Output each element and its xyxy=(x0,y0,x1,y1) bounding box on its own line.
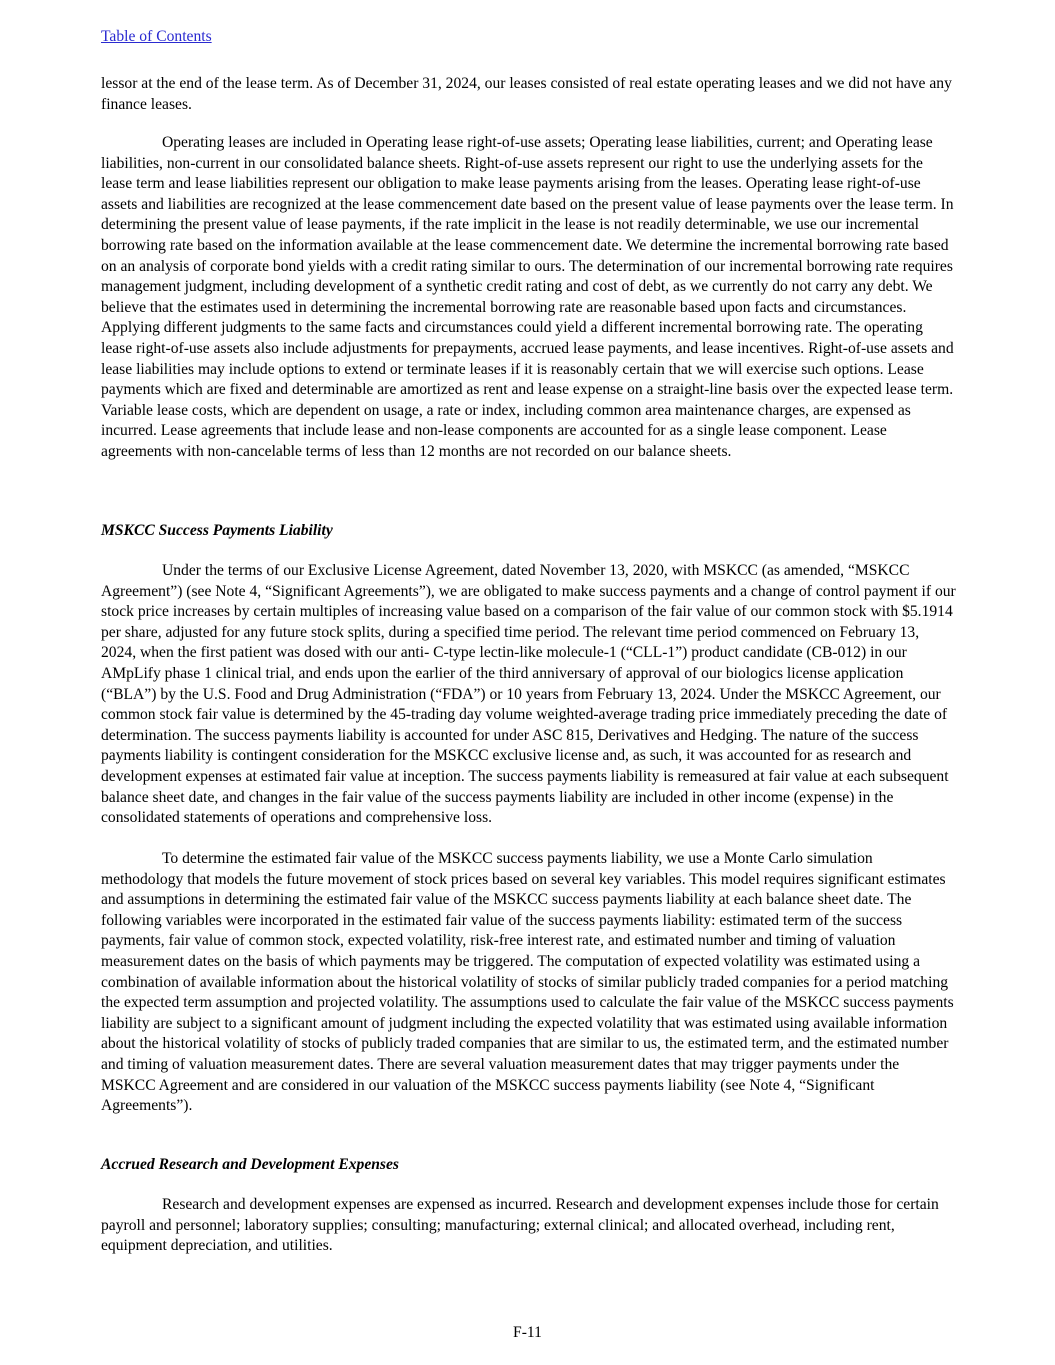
page-number: F-11 xyxy=(0,1323,1055,1344)
paragraph-lease-intro: lessor at the end of the lease term. As … xyxy=(101,74,956,115)
paragraph-accrued-rd: Research and development expenses are ex… xyxy=(101,1195,956,1257)
section-heading-accrued-rd: Accrued Research and Development Expense… xyxy=(101,1155,956,1176)
paragraph-mskcc-agreement: Under the terms of our Exclusive License… xyxy=(101,561,956,829)
section-heading-mskcc: MSKCC Success Payments Liability xyxy=(101,521,956,542)
paragraph-mskcc-valuation: To determine the estimated fair value of… xyxy=(101,849,956,1117)
paragraph-operating-leases: Operating leases are included in Operati… xyxy=(101,133,956,463)
table-of-contents-link[interactable]: Table of Contents xyxy=(101,27,212,47)
